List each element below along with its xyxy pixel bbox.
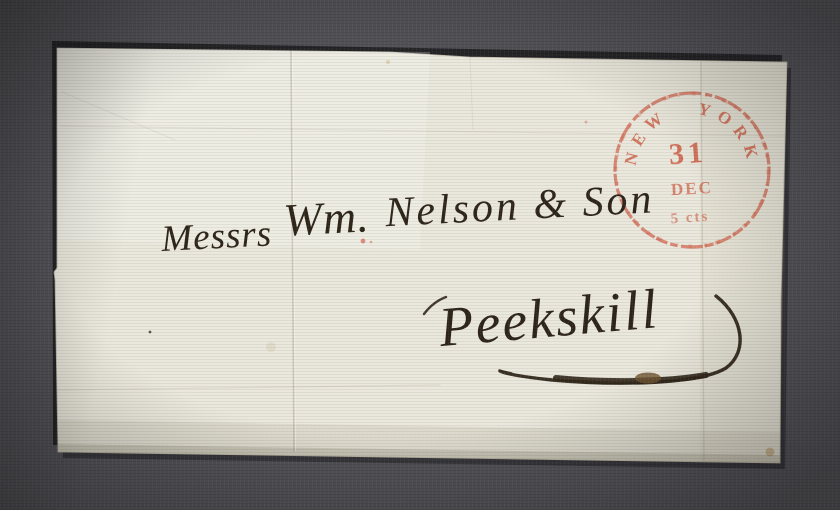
postmark-day: 31 [668, 136, 708, 172]
ink-blot [635, 373, 661, 384]
postmark-month: DEC [670, 178, 713, 199]
address-recipient-abbrev: Wm. [282, 190, 371, 245]
photo-stampless-cover: NEW YORK 31 DEC 5 cts Messrs Wm. Nelson … [0, 0, 840, 510]
address-honorific: Messrs [159, 213, 273, 260]
cover-photo-svg: NEW YORK 31 DEC 5 cts Messrs Wm. Nelson … [0, 0, 840, 510]
postmark-rate: 5 cts [670, 209, 710, 228]
